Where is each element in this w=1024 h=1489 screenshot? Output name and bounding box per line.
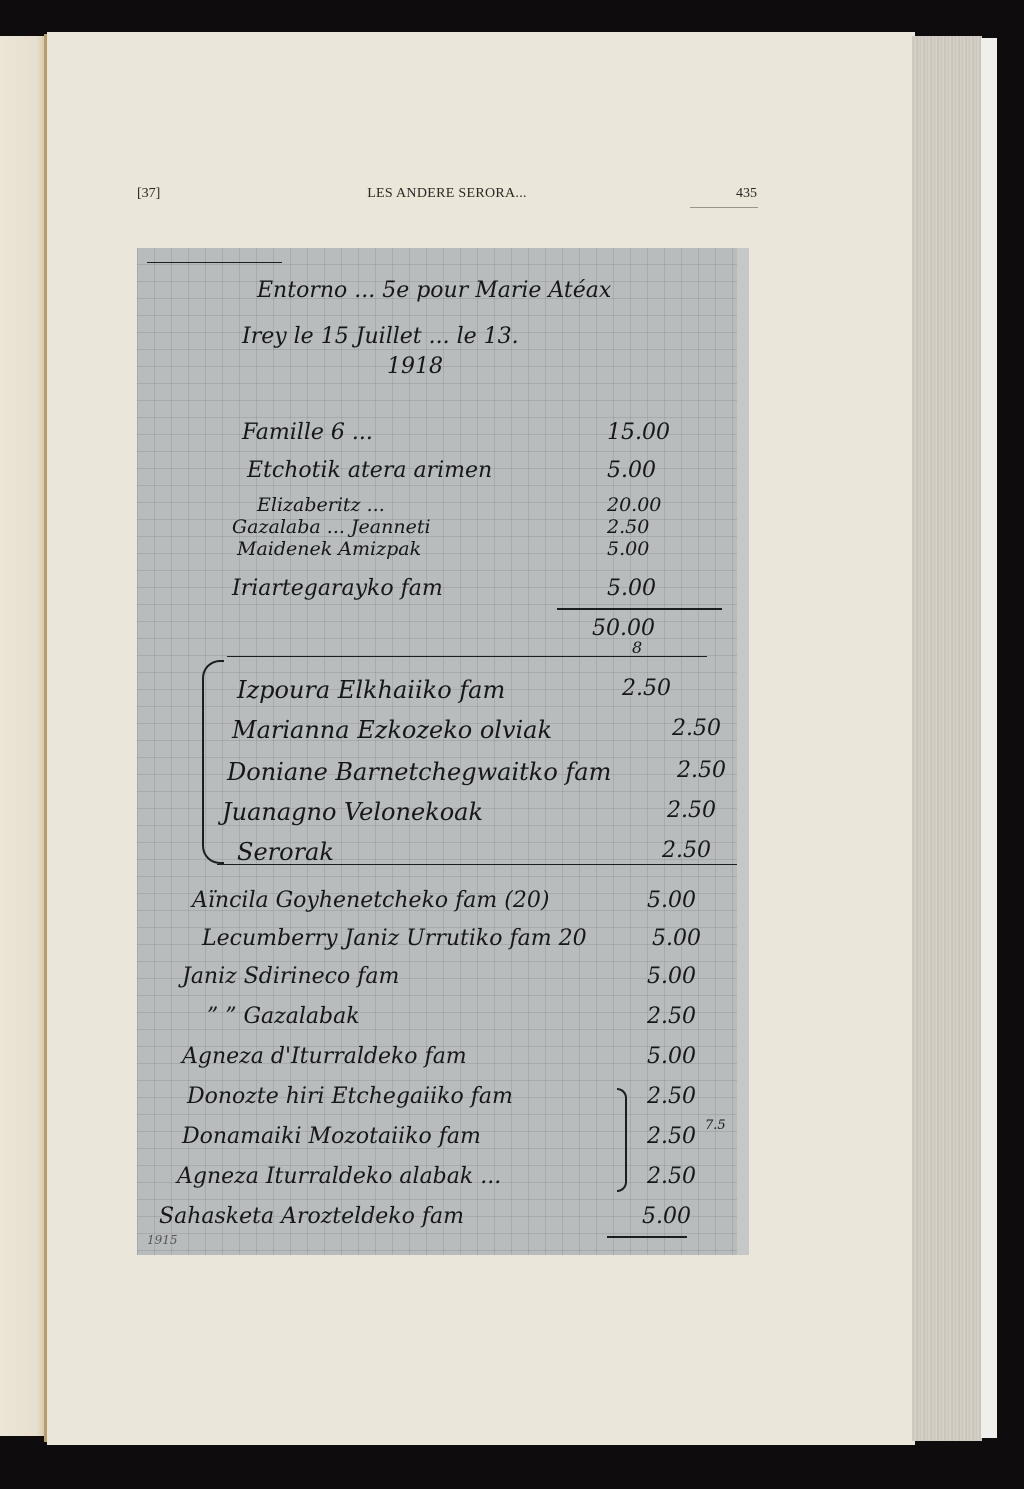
entry-label: Donozte hiri Etchegaiiko fam	[187, 1084, 513, 1109]
entry-amount: 15.00	[607, 420, 670, 445]
entry-label: Etchotik atera arimen	[247, 458, 492, 483]
bottom-rule	[607, 1236, 687, 1238]
group3-brace	[617, 1088, 627, 1192]
entry-label: Gazalaba ... Jeanneti	[232, 516, 431, 538]
entry-label: ” ” Gazalabak	[207, 1004, 360, 1029]
entry-amount: 2.50	[677, 758, 726, 783]
group2-brace	[202, 660, 224, 864]
page-number: 435	[736, 186, 757, 202]
entry-amount: 2.50	[647, 1084, 696, 1109]
group2-bottom-line	[217, 864, 737, 865]
entry-label: Aïncila Goyhenetcheko fam (20)	[192, 888, 549, 913]
entry-amount: 5.00	[607, 576, 656, 601]
entry-label: Sahasketa Arozteldeko fam	[159, 1204, 464, 1229]
running-title: LES ANDERE SERORA...	[137, 186, 757, 202]
entry-amount: 5.00	[642, 1204, 691, 1229]
entry-label: Agneza Iturraldeko alabak ...	[177, 1164, 501, 1189]
entry-amount: 2.50	[647, 1004, 696, 1029]
entry-label: Izpoura Elkhaiiko fam	[237, 676, 505, 704]
group1-note: 8	[632, 638, 642, 657]
entry-amount: 2.50	[607, 516, 649, 538]
back-cover-edge	[981, 38, 997, 1438]
entry-amount: 5.00	[652, 926, 701, 951]
margin-note: 7.5	[705, 1118, 726, 1133]
entry-amount: 2.50	[667, 798, 716, 823]
sum-rule	[557, 608, 722, 610]
photo-margin	[737, 248, 749, 1255]
entry-label: Marianna Ezkozeko olviak	[232, 716, 552, 744]
top-edge-line	[147, 262, 282, 263]
entry-amount: 2.50	[622, 676, 671, 701]
group1-total: 50.00	[592, 616, 655, 641]
entry-label: Janiz Sdirineco fam	[182, 964, 399, 989]
left-page-edge	[0, 36, 46, 1436]
entry-label: Doniane Barnetchegwaitko fam	[227, 758, 611, 786]
entry-label: Maidenek Amizpak	[237, 538, 421, 560]
running-head: [37] LES ANDERE SERORA... 435	[137, 186, 757, 210]
entry-label: Serorak	[237, 838, 334, 866]
manuscript-photo: Entorno ... 5e pour Marie Atéax Irey le …	[137, 248, 749, 1255]
heading-line-1: Entorno ... 5e pour Marie Atéax	[257, 278, 611, 303]
page-edges	[912, 36, 982, 1441]
entry-amount: 20.00	[607, 494, 661, 516]
heading-year: 1918	[387, 354, 443, 379]
header-rule	[690, 207, 758, 208]
entry-amount: 5.00	[607, 458, 656, 483]
entry-label: Elizaberitz ...	[257, 494, 385, 516]
entry-label: Lecumberry Janiz Urrutiko fam 20	[202, 926, 587, 951]
entry-label: Agneza d'Iturraldeko fam	[182, 1044, 467, 1069]
entry-label: Donamaiki Mozotaiiko fam	[182, 1124, 481, 1149]
corner-note: 1915	[147, 1233, 178, 1247]
entry-amount: 5.00	[647, 888, 696, 913]
entry-amount: 2.50	[662, 838, 711, 863]
entry-label: Juanagno Velonekoak	[222, 798, 483, 826]
entry-label: Famille 6 ...	[242, 420, 373, 445]
entry-amount: 5.00	[647, 1044, 696, 1069]
entry-amount: 2.50	[647, 1164, 696, 1189]
entry-amount: 2.50	[672, 716, 721, 741]
entry-amount: 5.00	[607, 538, 649, 560]
entry-label: Iriartegarayko fam	[232, 576, 443, 601]
heading-line-2: Irey le 15 Juillet ... le 13.	[242, 324, 519, 349]
entry-amount: 2.50	[647, 1124, 696, 1149]
entry-amount: 5.00	[647, 964, 696, 989]
group2-top-line	[227, 656, 707, 657]
